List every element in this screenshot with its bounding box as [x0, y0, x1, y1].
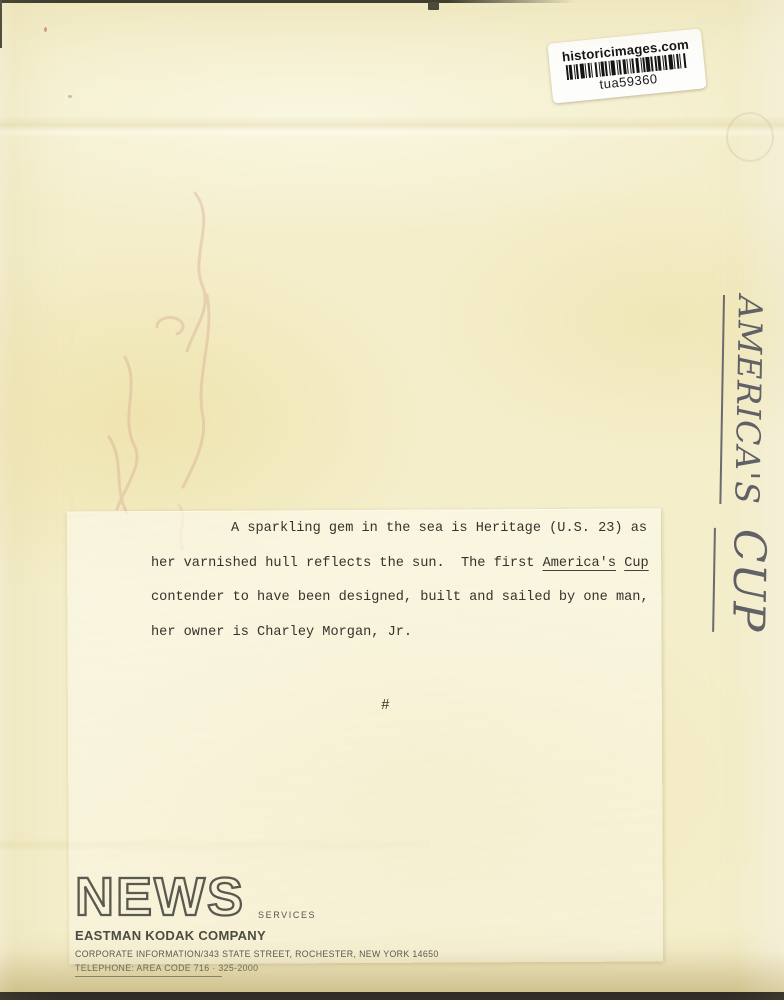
scan-edge-top — [0, 0, 575, 3]
end-mark: # — [381, 698, 390, 714]
caption-line-3: contender to have been designed, built a… — [151, 581, 671, 616]
caption-line-2: her varnished hull reflects the sun. The… — [151, 547, 671, 582]
caption-line-2-text: her varnished hull reflects the sun. The… — [151, 556, 543, 571]
caption-line-1: A sparkling gem in the sea is Heritage (… — [151, 512, 671, 547]
smudge-ring — [726, 112, 774, 162]
photo-back-scan: A sparkling gem in the sea is Heritage (… — [0, 0, 784, 1000]
company-name: EASTMAN KODAK COMPANY — [75, 928, 439, 943]
typed-caption: A sparkling gem in the sea is Heritage (… — [151, 512, 671, 650]
bleedthrough-handwriting — [95, 175, 255, 555]
handwritten-annotation: AMERICA'SCUP — [722, 295, 779, 633]
paper-crease-top — [0, 116, 784, 138]
services-label: SERVICES — [258, 910, 316, 924]
inventory-sticker: historicimages.com tua59360 — [547, 28, 706, 103]
registration-mark — [428, 2, 439, 10]
handwritten-americas: AMERICA'S — [719, 295, 770, 505]
underlined-americas: America's — [543, 556, 616, 571]
news-logo: NEWS — [75, 870, 245, 924]
handwritten-cup: CUP — [712, 528, 775, 632]
red-speck — [44, 27, 47, 32]
bottom-shading — [0, 950, 784, 992]
underlined-cup: Cup — [624, 556, 648, 571]
gray-speck — [68, 95, 72, 98]
scan-edge-left — [0, 0, 2, 48]
caption-line-4: her owner is Charley Morgan, Jr. — [151, 616, 671, 651]
letterhead-logo-row: NEWS SERVICES — [75, 870, 439, 924]
scan-edge-bottom — [0, 992, 784, 1000]
